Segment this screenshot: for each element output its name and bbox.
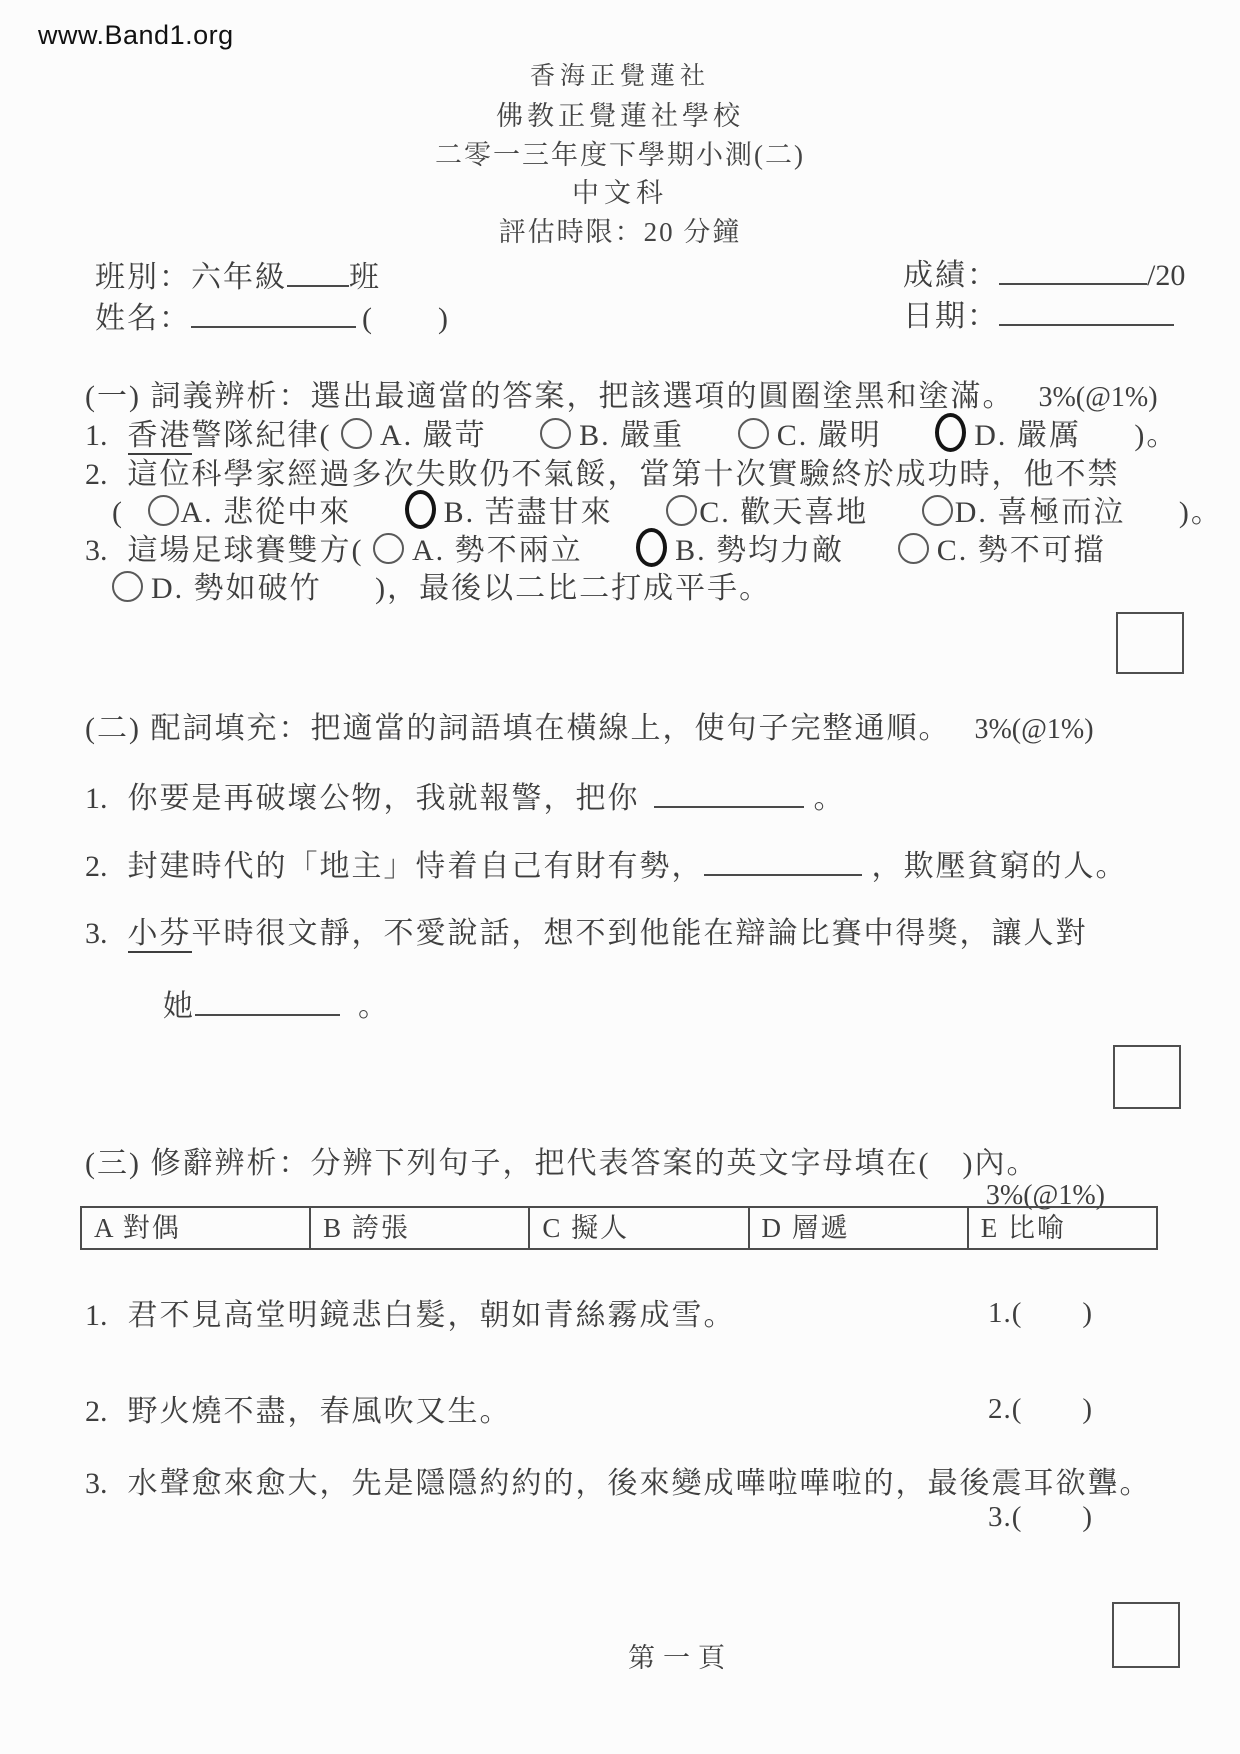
question-close: )。	[1179, 496, 1223, 529]
option-label: D. 嚴厲	[974, 419, 1081, 452]
name-blank	[191, 300, 356, 328]
question-number: 3.	[85, 534, 108, 568]
score-row: 成績：/20	[903, 250, 1185, 294]
score-label: 成績：	[903, 259, 999, 292]
question-number: 2.	[85, 850, 108, 884]
option-d: D. 勢如破竹	[112, 572, 322, 605]
option-circle-icon	[341, 418, 372, 449]
section1-heading: (一) 詞義辨析：選出最適當的答案，把該選項的圓圈塗黑和塗滿。	[85, 380, 1014, 413]
option-circle-marked-icon	[405, 490, 436, 529]
fill-blank	[704, 848, 862, 876]
legend-cell-b: B 誇張	[311, 1208, 530, 1248]
name-paren: ( )	[362, 302, 450, 335]
section2-q3-line1: 3.小芬平時很文靜，不愛說話，想不到他能在辯論比賽中得獎，讓人對	[85, 908, 1088, 952]
option-circle-icon	[922, 495, 953, 526]
question-text: 你要是再破壞公物，我就報警，把你	[128, 782, 640, 815]
answer-slot-2: 2.( )	[988, 1386, 1093, 1427]
option-circle-icon	[898, 533, 929, 564]
option-label: D. 勢如破竹	[151, 572, 322, 605]
option-circle-icon	[148, 495, 179, 526]
page-score-box	[1112, 1602, 1180, 1668]
section3-heading-row: (三) 修辭辨析：分辨下列句子，把代表答案的英文字母填在( )內。	[85, 1138, 1038, 1182]
section3-q1: 1.君不見高堂明鏡悲白髮，朝如青絲霧成雪。	[85, 1290, 736, 1334]
question-number: 1.	[85, 419, 108, 453]
section2-q3-line2: 她。	[163, 981, 390, 1025]
question-text: 她	[163, 990, 195, 1023]
question-number: 2.	[85, 458, 108, 492]
option-b: B. 嚴重	[540, 419, 684, 452]
section1-score-box	[1116, 612, 1184, 674]
option-c: C. 嚴明	[738, 419, 882, 452]
question-post: 。	[814, 782, 846, 815]
rhetoric-legend-table: A 對偶 B 誇張 C 擬人 D 層遞 E 比喻	[80, 1206, 1158, 1250]
page-number-footer: 第一頁	[628, 1636, 733, 1675]
name-row: 姓名：( )	[95, 293, 450, 337]
question-text: 君不見高堂明鏡悲白髮，朝如青絲霧成雪。	[128, 1299, 736, 1332]
section2-marks: 3%(@1%)	[974, 714, 1093, 745]
question-text: 封建時代的「地主」恃着自己有財有勢，	[128, 850, 704, 883]
question-close: )，最後以二比二打成平手。	[375, 572, 771, 605]
option-circle-icon	[373, 533, 404, 564]
option-circle-marked-icon	[935, 413, 966, 452]
section3-heading: (三) 修辭辨析：分辨下列句子，把代表答案的英文字母填在( )內。	[85, 1147, 1038, 1180]
class-blank	[287, 259, 349, 287]
date-row: 日期：	[903, 291, 1174, 335]
answer-slot-1: 1.( )	[988, 1290, 1093, 1331]
question-text: 警隊紀律(	[192, 419, 332, 452]
question-text: 平時很文靜，不愛說話，想不到他能在辯論比賽中得獎，讓人對	[192, 917, 1088, 950]
section2-heading-row: (二) 配詞填充：把適當的詞語填在橫線上，使句子完整通順。3%(@1%)	[85, 703, 1094, 747]
question-text: 野火燒不盡，春風吹又生。	[128, 1395, 512, 1428]
header-exam-title: 二零一三年度下學期小測(二)	[0, 133, 1240, 172]
section2-q1: 1.你要是再破壞公物，我就報警，把你。	[85, 773, 846, 817]
section1-q1: 1.香港警隊紀律( A. 嚴苛 B. 嚴重 C. 嚴明 D. 嚴厲 )。	[85, 410, 1178, 454]
header-organization: 香海正覺蓮社	[0, 56, 1240, 92]
question-close: )。	[1134, 419, 1178, 452]
name-label: 姓名：	[95, 302, 191, 335]
score-denominator: /20	[1147, 259, 1185, 292]
option-a: A. 嚴苛	[341, 419, 487, 452]
fill-blank	[654, 780, 804, 808]
fill-blank	[195, 988, 340, 1016]
option-circle-icon	[666, 495, 697, 526]
underlined-term: 小芬	[128, 917, 192, 953]
legend-cell-d: D 層遞	[750, 1208, 969, 1248]
option-label: B. 嚴重	[579, 419, 684, 452]
legend-cell-a: A 對偶	[82, 1208, 311, 1248]
option-label: A. 嚴苛	[380, 419, 487, 452]
option-circle-icon	[738, 418, 769, 449]
class-row: 班別：六年級班	[95, 252, 381, 296]
scanned-test-paper-page: www.Band1.org 香海正覺蓮社 佛教正覺蓮社學校 二零一三年度下學期小…	[0, 0, 1240, 1754]
question-number: 3.	[85, 917, 108, 951]
section2-q2: 2.封建時代的「地主」恃着自己有財有勢，，欺壓貧窮的人。	[85, 841, 1128, 885]
question-number: 1.	[85, 1299, 108, 1333]
option-label: C. 嚴明	[777, 419, 882, 452]
option-label: C. 勢不可擋	[937, 534, 1106, 567]
header-subject: 中文科	[0, 171, 1240, 210]
section1-q3-line2: D. 勢如破竹 )，最後以二比二打成平手。	[112, 563, 771, 607]
question-number: 3.	[85, 1467, 108, 1501]
header-school-name: 佛教正覺蓮社學校	[0, 94, 1240, 133]
question-post: ，欺壓貧窮的人。	[872, 850, 1128, 883]
header-time-limit: 評估時限：20 分鐘	[0, 210, 1240, 249]
question-number: 2.	[85, 1395, 108, 1429]
legend-cell-e: E 比喻	[969, 1208, 1156, 1248]
option-circle-icon	[540, 418, 571, 449]
date-blank	[999, 298, 1174, 326]
option-c: C. 勢不可擋	[898, 534, 1106, 567]
option-circle-marked-icon	[636, 528, 667, 567]
class-suffix: 班	[349, 261, 381, 294]
question-number: 1.	[85, 782, 108, 816]
watermark-band1: www.Band1.org	[38, 20, 234, 51]
section1-marks: 3%(@1%)	[1038, 382, 1157, 413]
answer-slot-3: 3.( )	[988, 1494, 1093, 1535]
section1-heading-row: (一) 詞義辨析：選出最適當的答案，把該選項的圓圈塗黑和塗滿。3%(@1%)	[85, 371, 1158, 415]
question-post: 。	[358, 990, 390, 1023]
class-label: 班別：	[95, 261, 191, 294]
section2-heading: (二) 配詞填充：把適當的詞語填在橫線上，使句子完整通順。	[85, 712, 950, 745]
score-blank	[999, 257, 1147, 285]
option-d-selected: D. 嚴厲	[935, 419, 1081, 452]
section3-q2: 2.野火燒不盡，春風吹又生。	[85, 1386, 512, 1430]
class-value: 六年級	[191, 261, 287, 294]
date-label: 日期：	[903, 300, 999, 333]
section2-score-box	[1113, 1045, 1181, 1109]
option-circle-icon	[112, 571, 143, 602]
legend-cell-c: C 擬人	[530, 1208, 749, 1248]
